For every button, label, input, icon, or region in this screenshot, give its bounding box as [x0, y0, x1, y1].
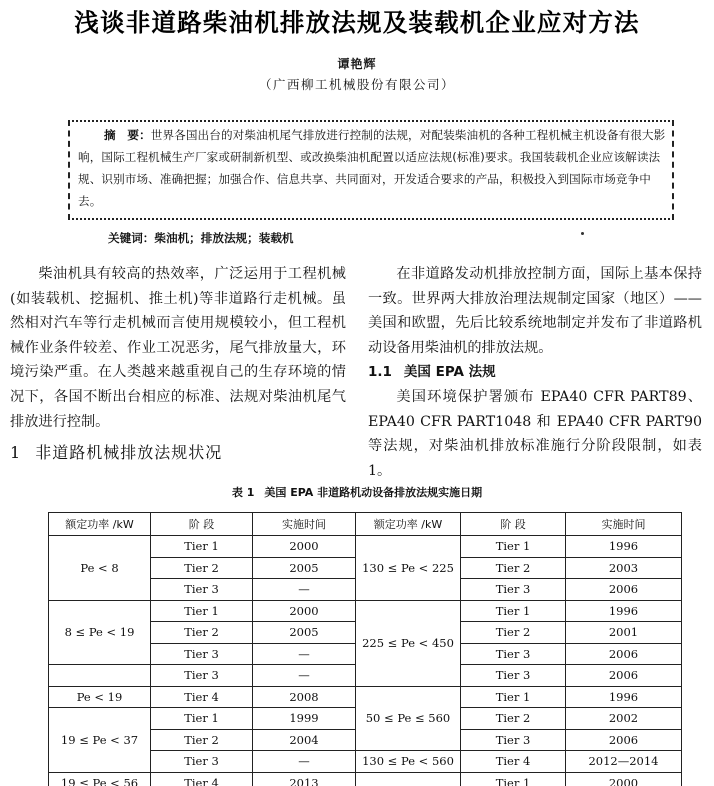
date-cell: 2006 [566, 729, 682, 751]
right-paragraph-1: 在非道路发动机排放控制方面，国际上基本保持一致。世界两大排放治理法规制定国家（地… [368, 262, 702, 360]
date-cell: 2000 [253, 536, 356, 558]
table-number: 表 1 [232, 486, 254, 499]
date-cell: 1996 [566, 600, 682, 622]
right-paragraph-2: 美国环境保护署颁布 EPA40 CFR PART89、EPA40 CFR PAR… [368, 385, 702, 483]
epa-table: 额定功率 /kW 阶 段 实施时间 额定功率 /kW 阶 段 实施时间 Pe <… [48, 512, 682, 786]
table-row: Pe < 8 Tier 1 2000 130 ≤ Pe < 225 Tier 1… [49, 536, 682, 558]
article-title: 浅谈非道路柴油机排放法规及装载机企业应对方法 [0, 4, 714, 39]
header-stage: 阶 段 [461, 513, 566, 536]
stage-cell: Tier 3 [461, 729, 566, 751]
stage-cell: Tier 3 [151, 751, 253, 773]
stage-cell: Tier 1 [151, 600, 253, 622]
date-cell: 2005 [253, 622, 356, 644]
power-range-cell: 19 ≤ Pe < 56 [49, 772, 151, 786]
subsection-title: 美国 EPA 法规 [404, 364, 496, 380]
power-range-cell: 130 ≤ Pe < 225 [356, 536, 461, 601]
stage-cell: Tier 3 [461, 643, 566, 665]
date-cell: 2006 [566, 579, 682, 601]
table-title: 美国 EPA 非道路机动设备排放法规实施日期 [264, 486, 482, 499]
date-cell: — [253, 751, 356, 773]
header-power: 额定功率 /kW [49, 513, 151, 536]
stage-cell: Tier 1 [151, 708, 253, 730]
date-cell: — [253, 665, 356, 687]
body-right-column: 在非道路发动机排放控制方面，国际上基本保持一致。世界两大排放治理法规制定国家（地… [368, 262, 702, 483]
date-cell: 1996 [566, 536, 682, 558]
stage-cell: Tier 4 [151, 772, 253, 786]
stage-cell: Tier 1 [461, 772, 566, 786]
power-range-cell [49, 665, 151, 687]
subsection-number: 1.1 [368, 364, 392, 380]
stage-cell: Tier 3 [151, 643, 253, 665]
power-range-cell: Pe < 8 [49, 536, 151, 601]
scan-speck [581, 232, 584, 235]
stage-cell: Tier 2 [461, 708, 566, 730]
date-cell: 2000 [566, 772, 682, 786]
power-range-cell: 50 ≤ Pe ≤ 560 [356, 686, 461, 751]
keywords: 关键词：柴油机；排放法规；装载机 [108, 230, 294, 246]
header-stage: 阶 段 [151, 513, 253, 536]
date-cell: 2006 [566, 665, 682, 687]
table-header-row: 额定功率 /kW 阶 段 实施时间 额定功率 /kW 阶 段 实施时间 [49, 513, 682, 536]
body-left-column: 柴油机具有较高的热效率，广泛运用于工程机械(如装载机、挖掘机、推土机)等非道路行… [10, 262, 346, 434]
stage-cell: Tier 2 [151, 622, 253, 644]
power-range-cell: 130 ≤ Pe < 560 [356, 751, 461, 773]
power-range-cell: 19 ≤ Pe < 37 [49, 708, 151, 773]
stage-cell: Tier 1 [461, 600, 566, 622]
stage-cell: Tier 1 [151, 536, 253, 558]
date-cell: 2013 [253, 772, 356, 786]
section-number: 1 [10, 443, 21, 462]
date-cell: 2003 [566, 557, 682, 579]
date-cell: — [253, 579, 356, 601]
header-power: 额定功率 /kW [356, 513, 461, 536]
date-cell: 1999 [253, 708, 356, 730]
date-cell: 1996 [566, 686, 682, 708]
stage-cell: Tier 4 [151, 686, 253, 708]
power-range-cell: Pe < 19 [49, 686, 151, 708]
abstract-text: 世界各国出台的对柴油机尾气排放进行控制的法规，对配装柴油机的各种工程机械主机设备… [78, 128, 665, 208]
author-affiliation: （广西柳工机械股份有限公司） [0, 75, 714, 93]
abstract: 摘 要：世界各国出台的对柴油机尾气排放进行控制的法规，对配装柴油机的各种工程机械… [78, 124, 670, 212]
date-cell: 2008 [253, 686, 356, 708]
table-caption: 表 1美国 EPA 非道路机动设备排放法规实施日期 [0, 484, 714, 500]
stage-cell: Tier 1 [461, 536, 566, 558]
date-cell: 2002 [566, 708, 682, 730]
power-range-cell [356, 772, 461, 786]
intro-paragraph: 柴油机具有较高的热效率，广泛运用于工程机械(如装载机、挖掘机、推土机)等非道路行… [10, 262, 346, 434]
date-cell: 2000 [253, 600, 356, 622]
keywords-text: 柴油机；排放法规；装载机 [154, 231, 293, 245]
power-range-cell: 225 ≤ Pe < 450 [356, 600, 461, 686]
stage-cell: Tier 2 [151, 557, 253, 579]
section-heading-1: 1非道路机械排放法规状况 [10, 440, 222, 463]
power-range-cell: 8 ≤ Pe < 19 [49, 600, 151, 665]
stage-cell: Tier 3 [151, 579, 253, 601]
date-cell: 2001 [566, 622, 682, 644]
stage-cell: Tier 3 [461, 579, 566, 601]
table-row: 19 ≤ Pe < 56 Tier 4 2013 Tier 1 2000 [49, 772, 682, 786]
table-row: 8 ≤ Pe < 19 Tier 1 2000 225 ≤ Pe < 450 T… [49, 600, 682, 622]
author-name: 谭艳辉 [0, 55, 714, 72]
date-cell: — [253, 643, 356, 665]
stage-cell: Tier 1 [461, 686, 566, 708]
table-row: Pe < 19 Tier 4 2008 50 ≤ Pe ≤ 560 Tier 1… [49, 686, 682, 708]
stage-cell: Tier 3 [151, 665, 253, 687]
date-cell: 2012—2014 [566, 751, 682, 773]
date-cell: 2006 [566, 643, 682, 665]
abstract-label: 摘 要： [78, 128, 151, 142]
stage-cell: Tier 3 [461, 665, 566, 687]
header-date: 实施时间 [253, 513, 356, 536]
header-date: 实施时间 [566, 513, 682, 536]
stage-cell: Tier 2 [461, 622, 566, 644]
stage-cell: Tier 2 [461, 557, 566, 579]
section-title: 非道路机械排放法规状况 [35, 443, 222, 462]
date-cell: 2005 [253, 557, 356, 579]
stage-cell: Tier 2 [151, 729, 253, 751]
date-cell: 2004 [253, 729, 356, 751]
subsection-heading-1-1: 1.1美国 EPA 法规 [368, 360, 702, 385]
stage-cell: Tier 4 [461, 751, 566, 773]
keywords-label: 关键词： [108, 231, 154, 245]
